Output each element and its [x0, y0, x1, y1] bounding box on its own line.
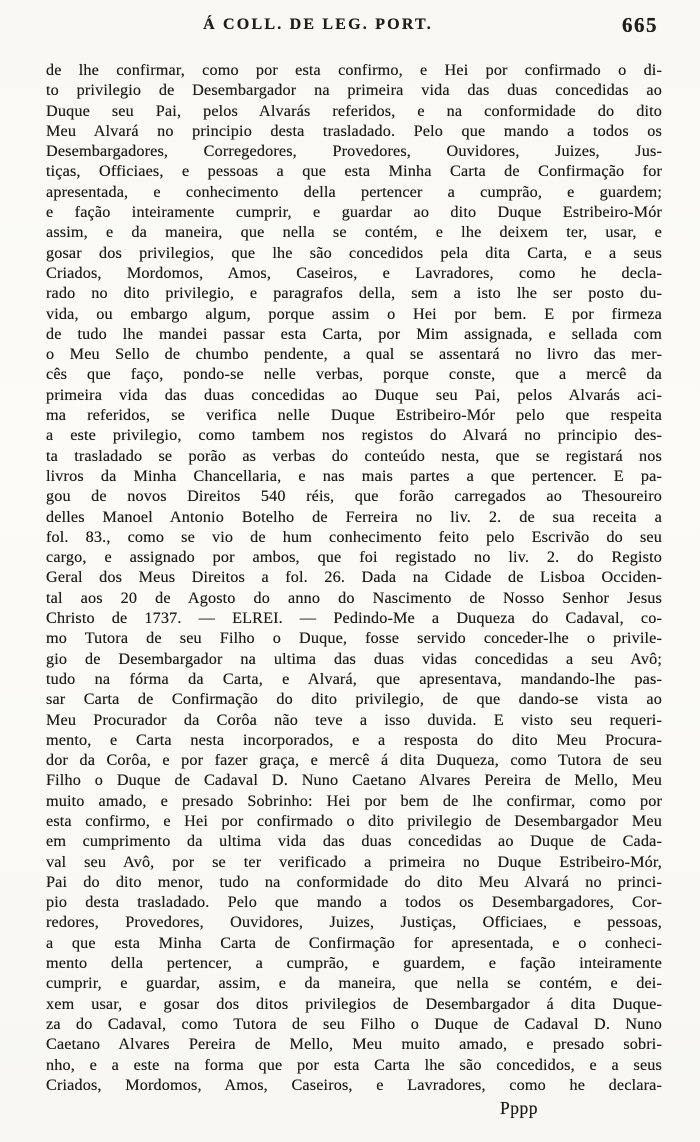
text-line: tudo na fórma da Carta, e Alvará, que ap…: [46, 669, 662, 689]
text-line: ma referidos, se verifica nelle Duque Es…: [46, 405, 662, 425]
text-line: Geral dos Meus Direitos a fol. 26. Dada …: [46, 567, 662, 587]
text-line: tiças, Officiaes, e pessoas a que esta M…: [46, 161, 662, 181]
body-text: de lhe confirmar, como por esta confirmo…: [46, 60, 662, 1095]
text-line: za do Cadaval, como Tutora de seu Filho …: [46, 1014, 662, 1034]
text-line: ta trasladado se porão as verbas do cont…: [46, 446, 662, 466]
text-line: rado no dito privilegio, e paragrafos de…: [46, 283, 662, 303]
page-number: 665: [622, 13, 658, 38]
text-line: assim, e da maneira, que nella se contém…: [46, 222, 662, 242]
text-line: gou de novos Direitos 540 réis, que forã…: [46, 486, 662, 506]
text-line: cês que faço, pondo-se nelle verbas, por…: [46, 364, 662, 384]
text-line: val seu Avô, por se ter verificado a pri…: [46, 852, 662, 872]
text-line: cumprir, e guardar, assim, e da maneira,…: [46, 973, 662, 993]
signature-mark: Pppp: [500, 1098, 538, 1119]
text-line: Pai do dito menor, tudo na conformidade …: [46, 872, 662, 892]
text-line: gosar dos privilegios, que lhe são conce…: [46, 243, 662, 263]
text-line: mo Tutora de seu Filho o Duque, fosse se…: [46, 628, 662, 648]
text-line: delles Manoel Antonio Botelho de Ferreir…: [46, 507, 662, 527]
text-line: de lhe confirmar, como por esta confirmo…: [46, 60, 662, 80]
text-line: primeira vida das duas concedidas ao Duq…: [46, 385, 662, 405]
text-line: cargo, e assignado por ambos, que foi re…: [46, 547, 662, 567]
book-page: Á COLL. DE LEG. PORT. 665 de lhe confirm…: [0, 0, 700, 1142]
text-line: e fação inteiramente cumprir, e guardar …: [46, 202, 662, 222]
text-line: em cumprimento da ultima vida das duas c…: [46, 831, 662, 851]
text-line: de tudo lhe mandei passar esta Carta, po…: [46, 324, 662, 344]
text-line: o Meu Sello de chumbo pendente, a qual s…: [46, 344, 662, 364]
text-line: gio de Desembargador na ultima das duas …: [46, 649, 662, 669]
text-line: Christo de 1737. — ELREI. — Pedindo-Me a…: [46, 608, 662, 628]
text-line: pio desta trasladado. Pelo que mando a t…: [46, 892, 662, 912]
text-line: to privilegio de Desembargador na primei…: [46, 80, 662, 100]
text-line: mento, e Carta nesta incorporados, e a r…: [46, 730, 662, 750]
text-line: esta confirmo, e Hei por confirmado o di…: [46, 811, 662, 831]
text-line: Duque seu Pai, pelos Alvarás referidos, …: [46, 101, 662, 121]
text-line: Caetano Alvares Pereira de Mello, Meu mu…: [46, 1034, 662, 1054]
text-line: mento della pertencer, a cumprão, e guar…: [46, 953, 662, 973]
text-line: Filho o Duque de Cadaval D. Nuno Caetano…: [46, 770, 662, 790]
text-line: Meu Alvará no principio desta trasladado…: [46, 121, 662, 141]
text-line: vida, ou embargo algum, porque assim o H…: [46, 304, 662, 324]
text-line: dor da Corôa, e por fazer graça, e mercê…: [46, 750, 662, 770]
text-line: fol. 83., como se vio de hum conheciment…: [46, 527, 662, 547]
text-line: nho, e a este na forma que por esta Cart…: [46, 1055, 662, 1075]
text-line: muito amado, e presado Sobrinho: Hei por…: [46, 791, 662, 811]
text-line: tal aos 20 de Agosto do anno do Nascimen…: [46, 588, 662, 608]
text-line: xem usar, e gosar dos ditos privilegios …: [46, 994, 662, 1014]
text-line: Desembargadores, Corregedores, Provedore…: [46, 141, 662, 161]
text-line: livros da Minha Chancellaria, e nas mais…: [46, 466, 662, 486]
text-line: apresentada, e conhecimento della perten…: [46, 182, 662, 202]
text-line: Criados, Mordomos, Amos, Caseiros, e Lav…: [46, 1075, 662, 1095]
page-footer: Pppp: [46, 1098, 662, 1119]
text-line: sar Carta de Confirmação do dito privile…: [46, 689, 662, 709]
text-line: redores, Provedores, Ouvidores, Juizes, …: [46, 912, 662, 932]
text-line: Criados, Mordomos, Amos, Caseiros, e Lav…: [46, 263, 662, 283]
text-line: Meu Procurador da Corôa não teve a isso …: [46, 710, 662, 730]
page-header: Á COLL. DE LEG. PORT. 665: [0, 16, 700, 46]
text-line: a este privilegio, como tambem nos regis…: [46, 425, 662, 445]
running-title: Á COLL. DE LEG. PORT.: [0, 16, 636, 34]
text-line: a que esta Minha Carta de Confirmação fo…: [46, 933, 662, 953]
